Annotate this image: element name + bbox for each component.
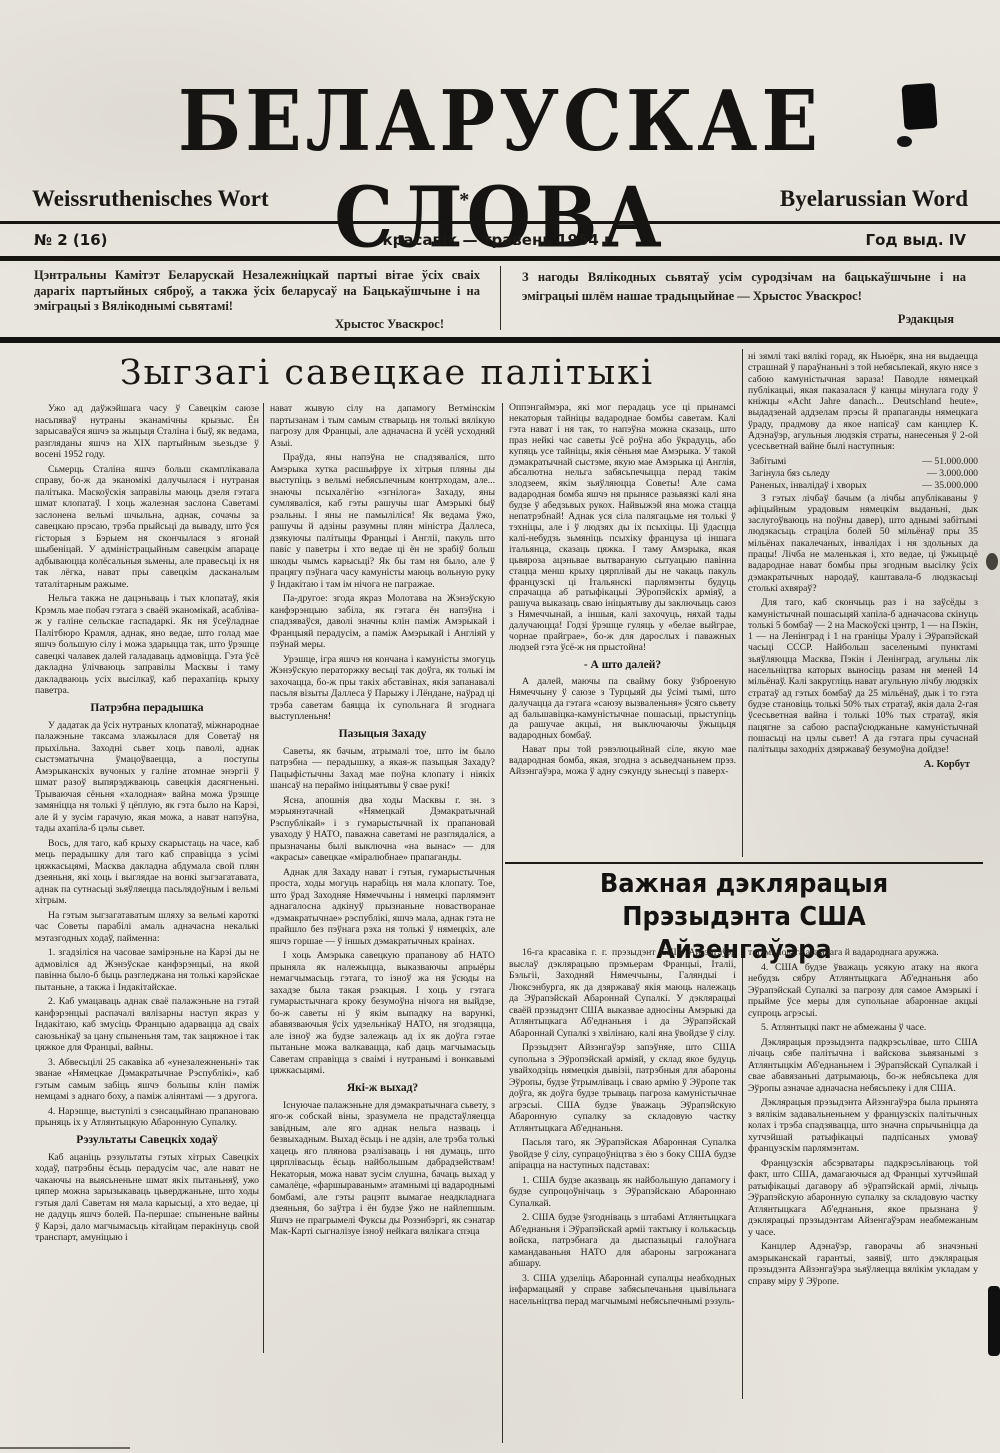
newspaper-page: БЕЛАРУСКАЕ СЛОВА Weissruthenisches Wort … [0, 0, 1000, 1453]
article1-column-1: Ужо ад даўжэйшага часу ў Савецкім саюзе … [35, 403, 259, 1355]
article-paragraph: На гэтым зыгзагатаватым шляху за вельмі … [35, 910, 259, 945]
article-paragraph: Дэклярацыя прэзыдэнта падкрэсьлівае, што… [748, 1037, 978, 1095]
greeting-party-text: Цэнтральны Камітэт Беларускай Незалежніц… [34, 268, 480, 313]
article-paragraph: У дадатак да ўсіх нутраных клопатаў, між… [35, 720, 259, 835]
volume-label: Год выд. IV [866, 231, 966, 249]
article-paragraph: 2. США будзе ўзгодніваць з штабамі Атлян… [509, 1212, 736, 1270]
column-rule-2 [502, 403, 503, 1443]
greeting-divider [500, 266, 501, 330]
article2-column-left: 16-га красавіка г. г. прэзыдэнт США Айзэ… [509, 947, 736, 1415]
article-paragraph: Прэзыдэнт Айзэнгаўэр запэўняе, што США с… [509, 1042, 736, 1134]
scan-artifact-bottom-line [0, 1447, 130, 1449]
column-subheading: Пазыцыя Захаду [270, 728, 495, 741]
article-paragraph: 1. США будзе аказваць як найбольшую дапа… [509, 1175, 736, 1210]
article-paragraph: Саветы, як бачым, атрымалі тое, што ім б… [270, 746, 495, 792]
article-paragraph: Аднак для Захаду нават і гэтыя, гумарыст… [270, 867, 495, 948]
article-paragraph: Сьмерць Сталіна яшчэ больш скамплікавала… [35, 464, 259, 591]
article2-column-right: татамі новага атамнага й вадароднага ару… [748, 947, 978, 1415]
scan-artifact-blob-small [897, 136, 912, 147]
article-paragraph: Існуючае палажэньне для дэмакратычнага с… [270, 1100, 495, 1238]
article-paragraph: татамі новага атамнага й вадароднага ару… [748, 947, 978, 959]
scan-artifact-edge [988, 1286, 1000, 1356]
heavy-section-rule [0, 337, 1000, 343]
article1-column-4: ні зямлі такі вялікі горад, як Ньюёрк, я… [748, 351, 978, 857]
article-paragraph: Нават пры той рэвэлюцыйнай сіле, якую ма… [509, 745, 736, 778]
article-paragraph: Па-другое: згода якраз Молотава на Жэнэў… [270, 593, 495, 651]
greeting-editorial: З нагоды Вялікодных сьвятаў усім суродзі… [522, 268, 966, 329]
article-paragraph: А далей, маючы па свайму боку ўзброеную … [509, 677, 736, 742]
casualty-stat-row: Забітымі— 51.000.000 [750, 456, 978, 467]
article-paragraph: Оппэнгаймэра, які мог перадаць усе ці пр… [509, 403, 736, 654]
greeting-party-signature: Хрыстос Уваскрос! [34, 317, 480, 333]
issue-number: № 2 (16) [34, 231, 108, 249]
casualty-stat-row: Раненых, інвалідаў і хворых— 35.000.000 [750, 480, 978, 491]
column-rule-4 [742, 947, 743, 1399]
column-subheading: Рэзультаты Савецкіх ходаў [35, 1134, 259, 1147]
issue-bar: № 2 (16) красавік — травень 1954 г. Год … [34, 229, 966, 253]
column-rule-3 [742, 349, 743, 857]
masthead-divider-rule [0, 221, 1000, 224]
article-paragraph: Ясна, апошнія два ходы Масквы г. зн. з м… [270, 795, 495, 864]
article-paragraph: Нельга такжа не дацэньваць і тых клопата… [35, 593, 259, 697]
article1-headline: Зыгзагі савецкае палітыкі [34, 353, 740, 393]
article-paragraph: 1. згадзіліся на часовае замірэньне на К… [35, 947, 259, 993]
greeting-editorial-text: З нагоды Вялікодных сьвятаў усім суродзі… [522, 270, 966, 303]
article-paragraph: Дэклярацыя прэзыдэнта Айзэнгаўэра была п… [748, 1097, 978, 1155]
article-paragraph: 5. Атлянтыцкі пакт не абмежаны ў часе. [748, 1022, 978, 1034]
article-paragraph: 16-га красавіка г. г. прэзыдэнт США Айзэ… [509, 947, 736, 1039]
article-paragraph: Канцлер Адэнаўэр, гаворачы аб значэньні … [748, 1241, 978, 1287]
masthead-subtitle-german: Weissruthenisches Wort [32, 186, 269, 212]
article-paragraph: І хоць Амэрыка савецкую прапанову аб НАТ… [270, 950, 495, 1077]
article-paragraph: 4. США будзе ўважаць усякую атаку на яко… [748, 962, 978, 1020]
scan-artifact-blob [901, 83, 937, 130]
article-paragraph: ні зямлі такі вялікі горад, як Ньюёрк, я… [748, 351, 978, 453]
author-signature: А. Корбут [748, 759, 978, 770]
column-rule-1 [263, 403, 264, 1353]
scan-artifact-speck [986, 553, 998, 570]
issue-bar-rule [0, 256, 1000, 261]
article-paragraph: 3. США удзеліць Абароннай супалцы неабхо… [509, 1273, 736, 1308]
article-paragraph: Вось, для таго, каб крыху скарыстаць на … [35, 838, 259, 907]
casualty-stat-row: Загінула бяз сьледу— 3.000.000 [750, 468, 978, 479]
article-paragraph: нават жывую сілу на дапамогу Ветмінскім … [270, 403, 495, 449]
article-paragraph: Пасьля таго, як Эўрапэйская Абаронная Су… [509, 1137, 736, 1172]
article-paragraph: Каб ацаніць рэзультаты гэтых хітрых Саве… [35, 1152, 259, 1244]
column-subheading: Які-ж выхад? [270, 1082, 495, 1095]
masthead-subtitle-english: Byelarussian Word [780, 186, 968, 212]
article-paragraph: З гэтых лічбаў бачым (а лічбы апублікава… [748, 493, 978, 595]
article-paragraph: Ужо ад даўжэйшага часу ў Савецкім саюзе … [35, 403, 259, 461]
article1-column-2: нават жывую сілу на дапамогу Ветмінскім … [270, 403, 495, 1355]
article-paragraph: Для таго, каб скончыць раз і на заўсёды … [748, 597, 978, 755]
column-subheading: Патрэбна перадышка [35, 702, 259, 715]
easter-greetings-section: Цэнтральны Камітэт Беларускай Незалежніц… [34, 266, 966, 336]
article2-top-rule [505, 862, 983, 864]
article1-column-3: Оппэнгаймэра, які мог перадаць усе ці пр… [509, 403, 736, 859]
issue-date: красавік — травень 1954 г. [382, 231, 617, 249]
star-ornament: * [459, 189, 469, 212]
article-paragraph: Праўда, яны напэўна не спадзяваліся, што… [270, 452, 495, 590]
article-paragraph: 2. Каб умацаваць аднак сваё палажэньне н… [35, 996, 259, 1054]
article-paragraph: Французскія абсэрватары падкрэсьліваюць … [748, 1158, 978, 1239]
greeting-party: Цэнтральны Камітэт Беларускай Незалежніц… [34, 268, 480, 332]
article-paragraph: 3. Абвесьцілі 25 сакавіка аб «унезалежне… [35, 1057, 259, 1103]
column-subheading: - А што далей? [509, 659, 736, 672]
masthead-subtitle-row: Weissruthenisches Wort * Byelarussian Wo… [32, 186, 968, 212]
greeting-editorial-signature: Рэдакцыя [522, 310, 966, 329]
article2-headline-line1: Важная дэклярацыя Прэзыдэнта США [522, 868, 967, 934]
article-paragraph: 4. Нарэшце, выступілі з сэнсацыйнаю прап… [35, 1106, 259, 1129]
article-paragraph: Урэшце, ігра яшчэ ня кончана і камуністы… [270, 654, 495, 723]
